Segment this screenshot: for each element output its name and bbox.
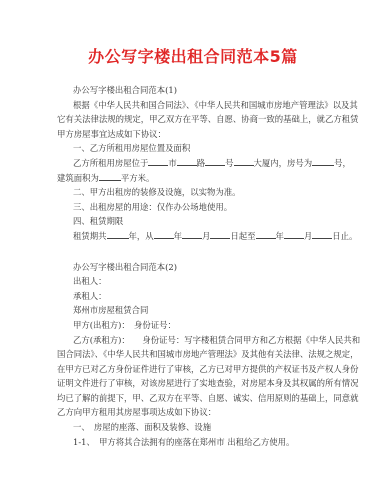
clause2: 二、甲方出租房的装修及设施，以实物为准。 — [57, 185, 332, 200]
fill-blank — [284, 229, 304, 239]
text-segment: 年 — [276, 231, 284, 241]
section2-paragraph-line-5: 均已了解的前提下，甲、乙双方在平等、自愿、诚实、信用原则的基础上，同意就 — [57, 391, 332, 406]
fill-blank — [154, 229, 174, 239]
fill-blank — [177, 156, 197, 166]
clause1-location-line: 乙方所租用房屋位于市路号大厦内，房号为号， — [57, 156, 332, 171]
section1-intro-line-3: 甲方房屋事宜达成如下协议： — [57, 127, 332, 142]
text-segment: 路 — [197, 158, 205, 168]
lessor-label: 出租人： — [57, 274, 332, 289]
text-segment: 租赁期共 — [73, 231, 107, 241]
fill-blank — [148, 156, 168, 166]
document-page: 办公写字楼出租合同范本5篇 办公写字楼出租合同范本(1) 根据《中华人民共和国合… — [0, 0, 386, 500]
section2-heading: 办公写字楼出租合同范本(2) — [57, 260, 332, 275]
text-segment: 号 — [225, 158, 233, 168]
section2-clause1-heading: 一、 房屋的座落、面积及装修、设施 — [57, 420, 332, 435]
section1-intro-line-2: 它有关法律法规的规定，甲乙双方在平等、自愿、协商一致的基础上，就乙方租赁 — [57, 112, 332, 127]
text-segment: 平方米。 — [121, 173, 155, 183]
text-segment: 建筑面积为 — [57, 173, 99, 183]
clause4-term-line: 租赁期共年，从年月日起至年月日止。 — [57, 229, 332, 244]
document-title: 办公写字楼出租合同范本5篇 — [0, 47, 386, 67]
fill-blank — [205, 156, 225, 166]
party-a-line: 甲方(出租方)： 身份证号： — [57, 318, 332, 333]
section2-paragraph-line-3: 在甲方已对乙方身份证件进行了审核，乙方已对甲方提供的产权证书及产权人身份 — [57, 362, 332, 377]
clause4-heading: 四、租赁期限 — [57, 214, 332, 229]
section2-paragraph-line-1: 乙方(承租方)： 身份证号：写字楼租赁合同甲方和乙方根据《中华人民共和 — [57, 333, 332, 348]
text-segment: 年 — [174, 231, 182, 241]
fill-blank — [256, 229, 276, 239]
section1-heading: 办公写字楼出租合同范本(1) — [57, 83, 332, 98]
clause3: 三、出租房屋的用途：仅作办公场地使用。 — [57, 200, 332, 215]
section1-intro-line-1: 根据《中华人民共和国合同法》、《中华人民共和国城市房地产管理法》以及其 — [57, 98, 332, 113]
text-segment: 号， — [334, 158, 351, 168]
section2-paragraph-line-6: 乙方向甲方租用其房屋事项达成如下协议： — [57, 405, 332, 420]
section-spacer — [57, 244, 332, 260]
section2-paragraph-line-4: 证明文件进行了审核，对该房屋进行了实地查验，对房屋本身及其权属的所有情况 — [57, 376, 332, 391]
fill-blank — [234, 156, 254, 166]
fill-blank — [99, 171, 121, 181]
fill-blank — [312, 156, 334, 166]
clause1-heading: 一、乙方所租用房屋位置及面积 — [57, 141, 332, 156]
fill-blank — [312, 229, 332, 239]
document-body: 办公写字楼出租合同范本(1) 根据《中华人民共和国合同法》、《中华人民共和国城市… — [57, 83, 332, 449]
text-segment: 市 — [168, 158, 176, 168]
contract-name: 郑州市房屋租赁合同 — [57, 303, 332, 318]
text-segment: 年，从 — [129, 231, 154, 241]
fill-blank — [210, 229, 230, 239]
text-segment: 日起至 — [230, 231, 255, 241]
text-segment: 月 — [304, 231, 312, 241]
section2-clause1-1: 1-1、 甲方将其合法拥有的座落在郑州市 出租给乙方使用。 — [57, 435, 332, 450]
text-segment: 大厦内，房号为 — [254, 158, 313, 168]
fill-blank — [107, 229, 129, 239]
fill-blank — [182, 229, 202, 239]
text-segment: 乙方所租用房屋位于 — [73, 158, 148, 168]
text-segment: 日止。 — [332, 231, 357, 241]
text-segment: 月 — [202, 231, 210, 241]
lessee-label: 承租人： — [57, 289, 332, 304]
clause1-area-line: 建筑面积为平方米。 — [57, 171, 332, 186]
section2-paragraph-line-2: 国合同法》、《中华人民共和国城市房地产管理法》及其他有关法律、法规之规定， — [57, 347, 332, 362]
